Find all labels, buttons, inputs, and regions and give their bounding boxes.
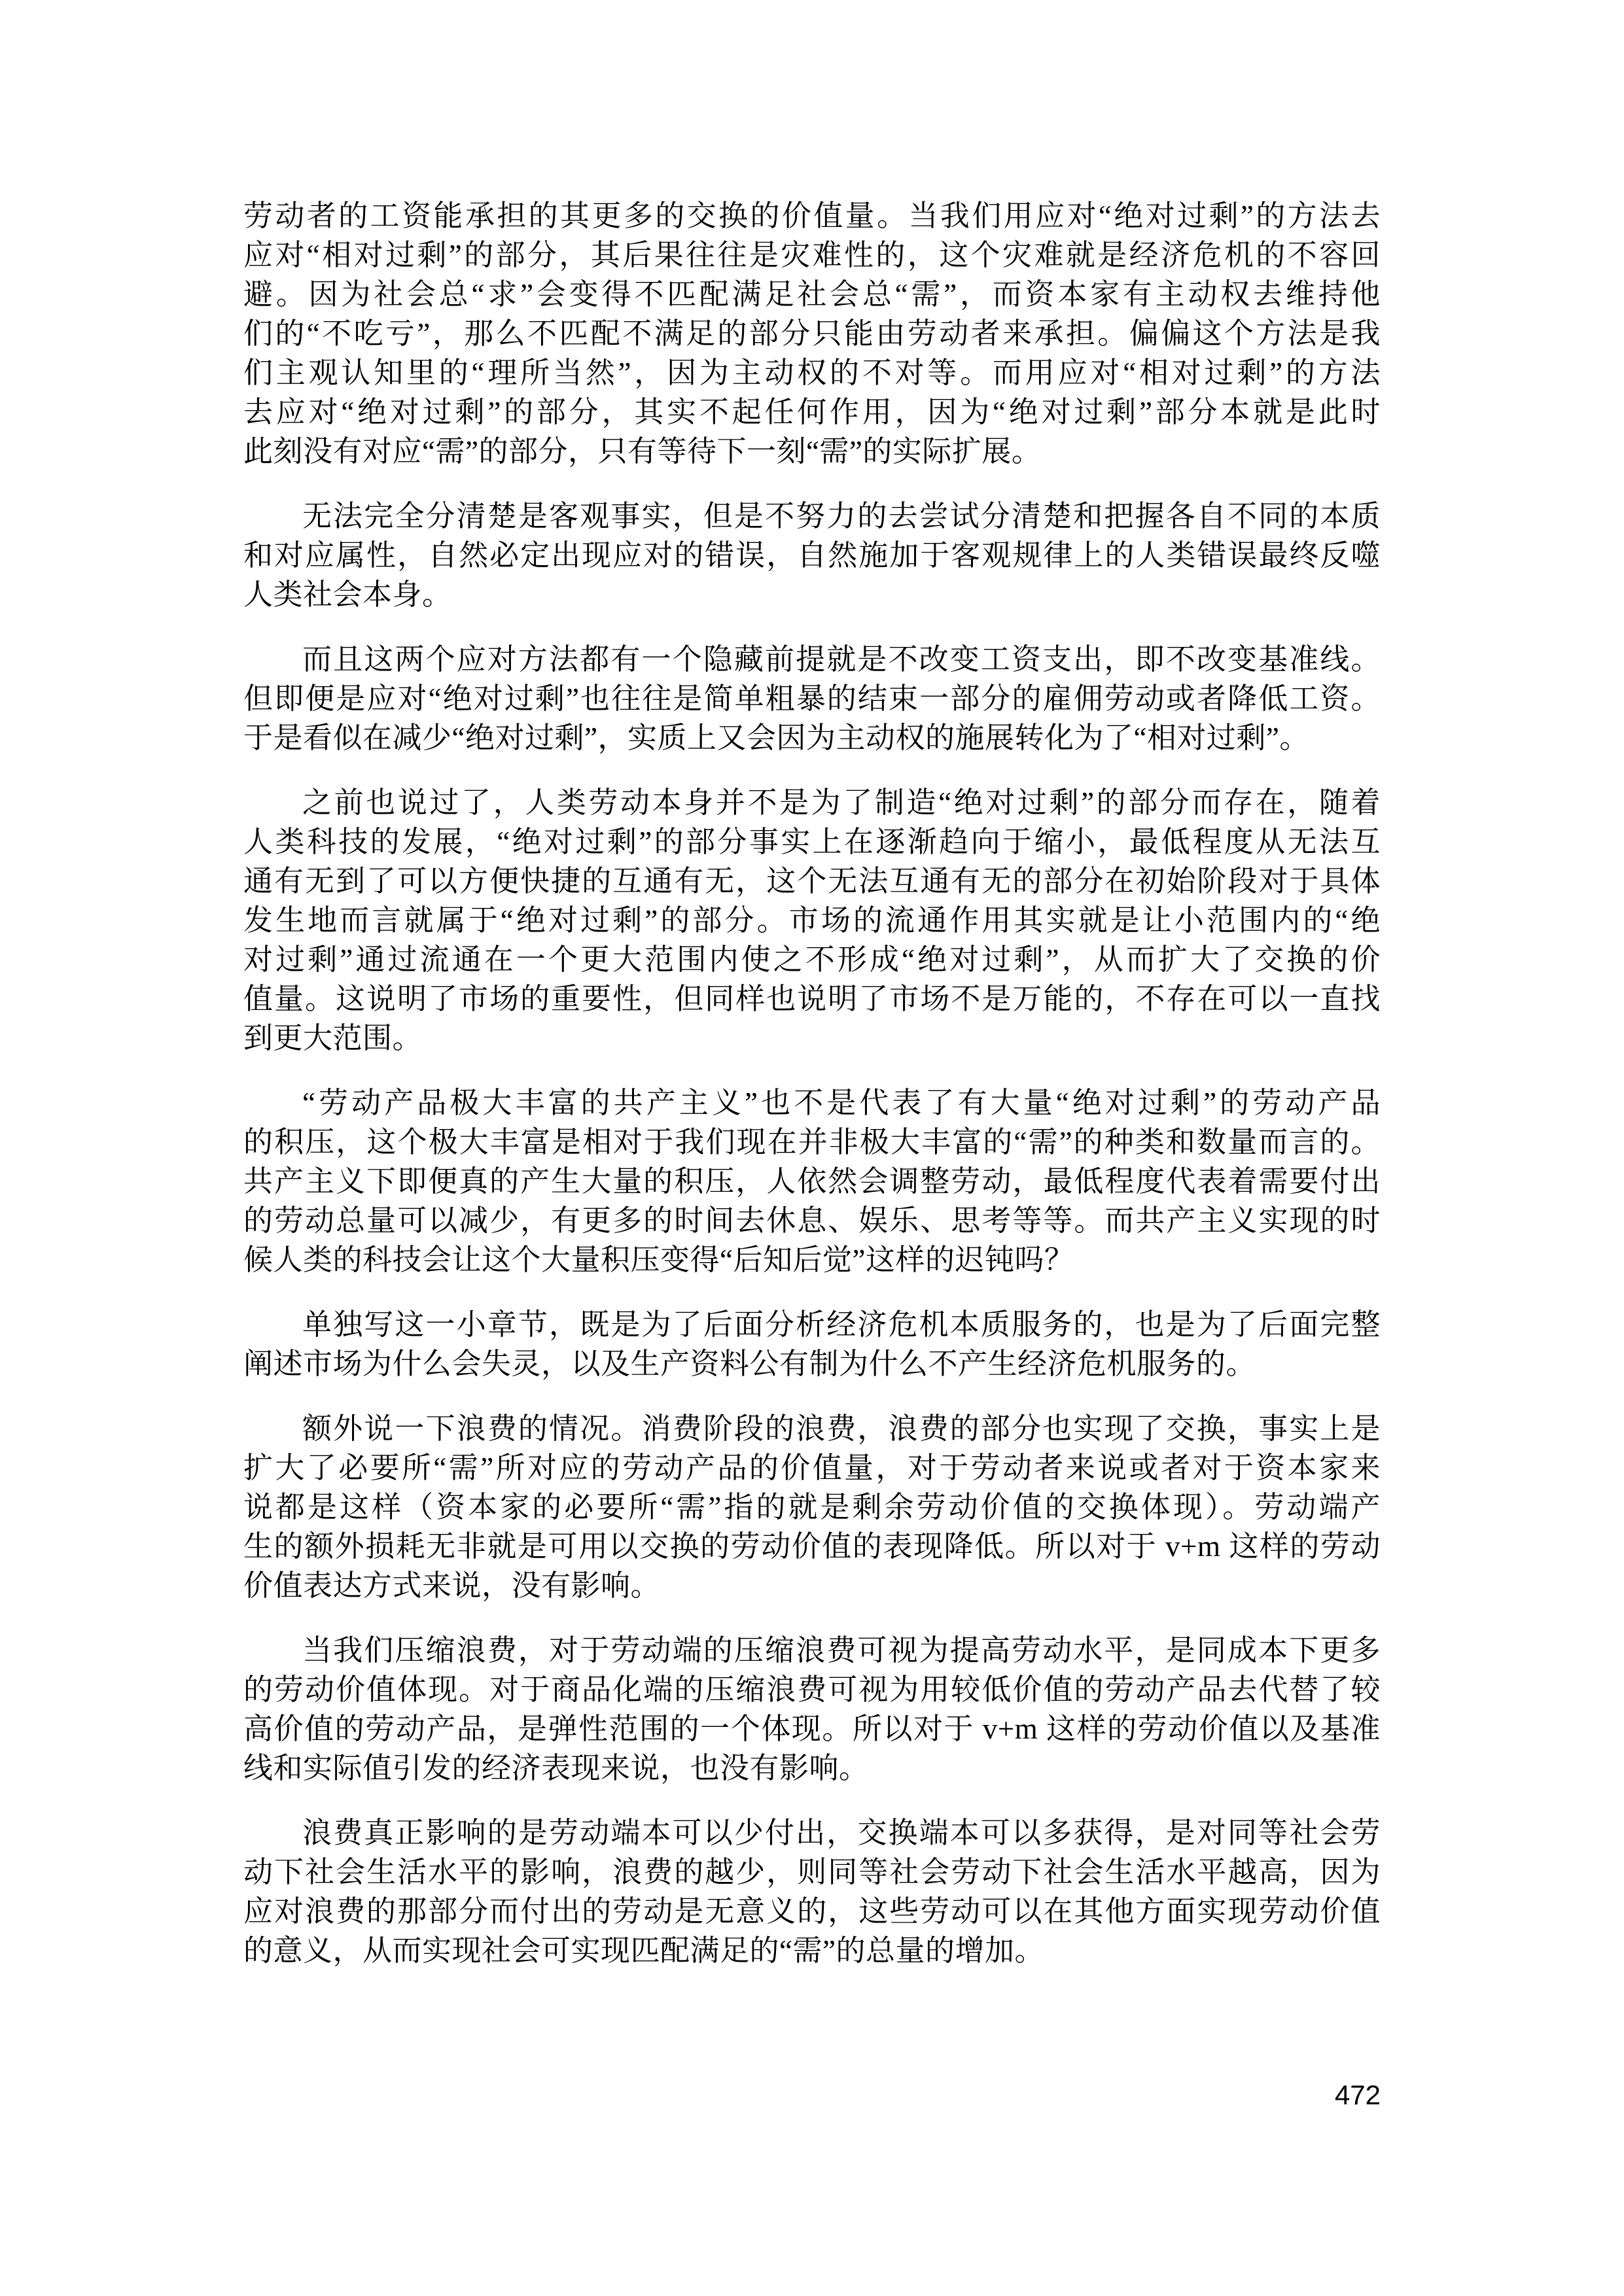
- text-line: 人类社会本身。: [243, 575, 1381, 614]
- text-line: 高价值的劳动产品，是弹性范围的一个体现。所以对于 v+m 这样的劳动价值以及基准: [243, 1709, 1381, 1748]
- paragraph: 之前也说过了，人类劳动本身并不是为了制造“绝对过剩”的部分而存在，随着人类科技的…: [243, 783, 1381, 1058]
- text-line: 动下社会生活水平的影响，浪费的越少，则同等社会劳动下社会生活水平越高，因为: [243, 1852, 1381, 1892]
- page-footer: 472: [243, 2079, 1381, 2112]
- paragraph: “劳动产品极大丰富的共产主义”也不是代表了有大量“绝对过剩”的劳动产品的积压，这…: [243, 1083, 1381, 1279]
- paragraph: 而且这两个应对方法都有一个隐藏前提就是不改变工资支出，即不改变基准线。但即便是应…: [243, 640, 1381, 757]
- text-line: 单独写这一小章节，既是为了后面分析经济危机本质服务的，也是为了后面完整: [243, 1305, 1381, 1344]
- text-line: 们主观认知里的“理所当然”，因为主动权的不对等。而用应对“相对过剩”的方法: [243, 353, 1381, 392]
- text-line: 之前也说过了，人类劳动本身并不是为了制造“绝对过剩”的部分而存在，随着: [243, 783, 1381, 822]
- text-line: 发生地而言就属于“绝对过剩”的部分。市场的流通作用其实就是让小范围内的“绝: [243, 901, 1381, 940]
- page-number: 472: [1335, 2079, 1381, 2110]
- paragraph: 单独写这一小章节，既是为了后面分析经济危机本质服务的，也是为了后面完整阐述市场为…: [243, 1305, 1381, 1383]
- text-line: 应对浪费的那部分而付出的劳动是无意义的，这些劳动可以在其他方面实现劳动价值: [243, 1892, 1381, 1931]
- text-line: 无法完全分清楚是客观事实，但是不努力的去尝试分清楚和把握各自不同的本质: [243, 496, 1381, 536]
- text-line: 线和实际值引发的经济表现来说，也没有影响。: [243, 1748, 1381, 1788]
- text-line: 当我们压缩浪费，对于劳动端的压缩浪费可视为提高劳动水平，是同成本下更多: [243, 1631, 1381, 1670]
- text-line: 而且这两个应对方法都有一个隐藏前提就是不改变工资支出，即不改变基准线。: [243, 640, 1381, 679]
- text-line: 生的额外损耗无非就是可用以交换的劳动价值的表现降低。所以对于 v+m 这样的劳动: [243, 1527, 1381, 1566]
- text-line: 值量。这说明了市场的重要性，但同样也说明了市场不是万能的，不存在可以一直找: [243, 979, 1381, 1018]
- text-line: 于是看似在减少“绝对过剩”，实质上又会因为主动权的施展转化为了“相对过剩”。: [243, 718, 1381, 757]
- text-line: 价值表达方式来说，没有影响。: [243, 1566, 1381, 1605]
- text-line: 和对应属性，自然必定出现应对的错误，自然施加于客观规律上的人类错误最终反噬: [243, 536, 1381, 575]
- text-line: 说都是这样（资本家的必要所“需”指的就是剩余劳动价值的交换体现）。劳动端产: [243, 1487, 1381, 1527]
- text-line: 们的“不吃亏”，那么不匹配不满足的部分只能由劳动者来承担。偏偏这个方法是我: [243, 314, 1381, 353]
- text-line: 额外说一下浪费的情况。消费阶段的浪费，浪费的部分也实现了交换，事实上是: [243, 1409, 1381, 1448]
- paragraph: 浪费真正影响的是劳动端本可以少付出，交换端本可以多获得，是对同等社会劳动下社会生…: [243, 1813, 1381, 1970]
- text-line: 共产主义下即便真的产生大量的积压，人依然会调整劳动，最低程度代表着需要付出: [243, 1162, 1381, 1201]
- text-line: 避。因为社会总“求”会变得不匹配满足社会总“需”，而资本家有主动权去维持他: [243, 275, 1381, 314]
- text-line: 浪费真正影响的是劳动端本可以少付出，交换端本可以多获得，是对同等社会劳: [243, 1813, 1381, 1852]
- text-line: 候人类的科技会让这个大量积压变得“后知后觉”这样的迟钝吗？: [243, 1240, 1381, 1279]
- text-line: “劳动产品极大丰富的共产主义”也不是代表了有大量“绝对过剩”的劳动产品: [243, 1083, 1381, 1122]
- text-line: 对过剩”通过流通在一个更大范围内使之不形成“绝对过剩”，从而扩大了交换的价: [243, 940, 1381, 979]
- text-line: 的积压，这个极大丰富是相对于我们现在并非极大丰富的“需”的种类和数量而言的。: [243, 1122, 1381, 1162]
- page-body-text: 劳动者的工资能承担的其更多的交换的价值量。当我们用应对“绝对过剩”的方法去应对“…: [243, 196, 1381, 1970]
- text-line: 此刻没有对应“需”的部分，只有等待下一刻“需”的实际扩展。: [243, 432, 1381, 471]
- text-line: 人类科技的发展，“绝对过剩”的部分事实上在逐渐趋向于缩小，最低程度从无法互: [243, 822, 1381, 861]
- paragraph: 当我们压缩浪费，对于劳动端的压缩浪费可视为提高劳动水平，是同成本下更多的劳动价值…: [243, 1631, 1381, 1788]
- text-line: 劳动者的工资能承担的其更多的交换的价值量。当我们用应对“绝对过剩”的方法去: [243, 196, 1381, 235]
- text-line: 阐述市场为什么会失灵，以及生产资料公有制为什么不产生经济危机服务的。: [243, 1344, 1381, 1383]
- paragraph: 无法完全分清楚是客观事实，但是不努力的去尝试分清楚和把握各自不同的本质和对应属性…: [243, 496, 1381, 614]
- paragraph: 额外说一下浪费的情况。消费阶段的浪费，浪费的部分也实现了交换，事实上是扩大了必要…: [243, 1409, 1381, 1605]
- text-line: 的意义，从而实现社会可实现匹配满足的“需”的总量的增加。: [243, 1931, 1381, 1970]
- text-line: 扩大了必要所“需”所对应的劳动产品的价值量，对于劳动者来说或者对于资本家来: [243, 1448, 1381, 1487]
- text-line: 的劳动总量可以减少，有更多的时间去休息、娱乐、思考等等。而共产主义实现的时: [243, 1201, 1381, 1240]
- document-page: 劳动者的工资能承担的其更多的交换的价值量。当我们用应对“绝对过剩”的方法去应对“…: [0, 0, 1624, 2296]
- text-line: 去应对“绝对过剩”的部分，其实不起任何作用，因为“绝对过剩”部分本就是此时: [243, 392, 1381, 432]
- paragraph: 劳动者的工资能承担的其更多的交换的价值量。当我们用应对“绝对过剩”的方法去应对“…: [243, 196, 1381, 471]
- text-line: 但即便是应对“绝对过剩”也往往是简单粗暴的结束一部分的雇佣劳动或者降低工资。: [243, 679, 1381, 718]
- text-line: 到更大范围。: [243, 1018, 1381, 1058]
- text-line: 的劳动价值体现。对于商品化端的压缩浪费可视为用较低价值的劳动产品去代替了较: [243, 1670, 1381, 1709]
- text-line: 通有无到了可以方便快捷的互通有无，这个无法互通有无的部分在初始阶段对于具体: [243, 861, 1381, 901]
- text-line: 应对“相对过剩”的部分，其后果往往是灾难性的，这个灾难就是经济危机的不容回: [243, 235, 1381, 275]
